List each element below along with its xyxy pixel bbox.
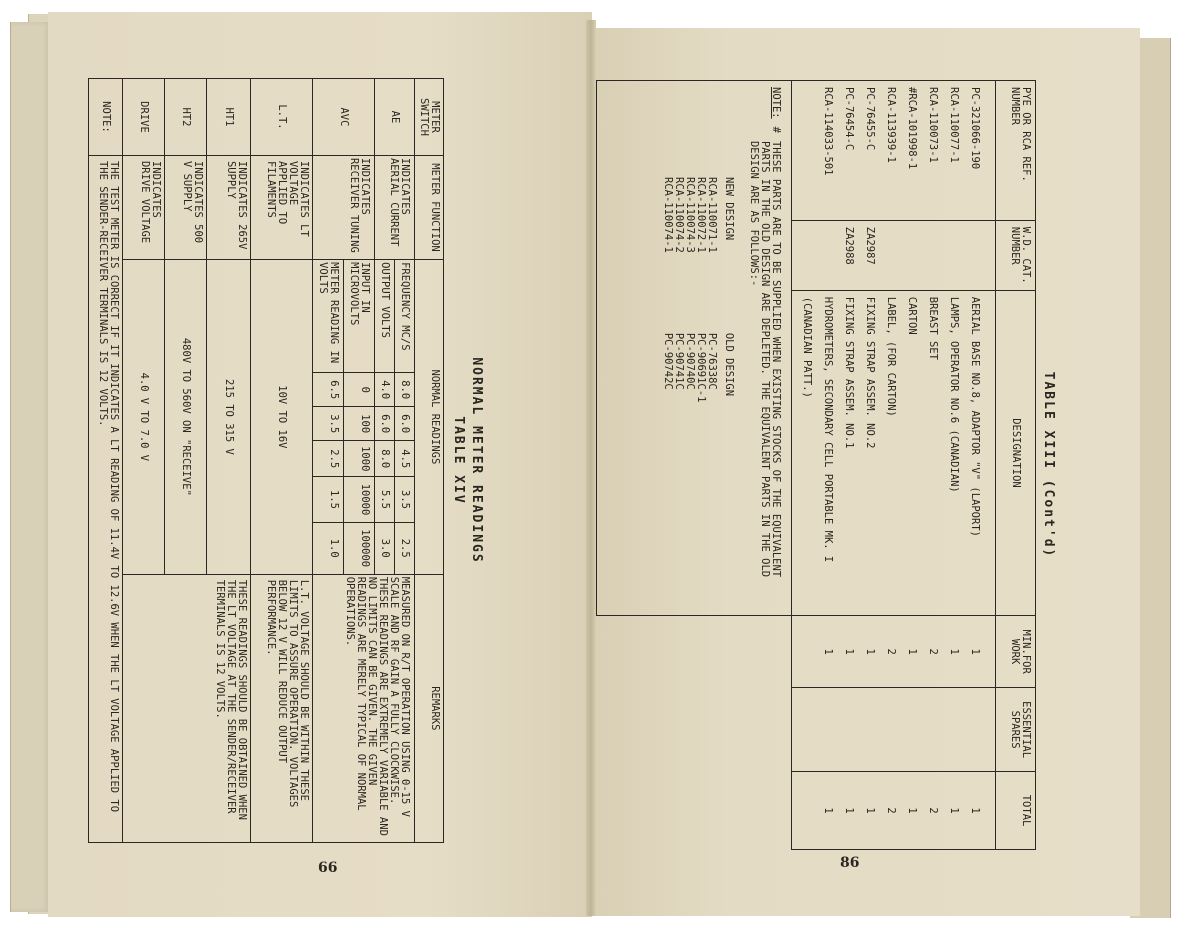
function-lt: INDICATES LT VOLTAGE APPLIED TO FILAMENT…	[251, 155, 313, 259]
open-book: NORMAL METER READINGS TABLE XIV METER SW…	[0, 0, 1180, 932]
total-qty: 1	[838, 778, 859, 843]
header-min-work: MIN.FOR WORK	[996, 616, 1036, 688]
meter-value: 1.5	[313, 477, 344, 522]
switch-ht2: HT2	[165, 79, 207, 156]
meter-value: 1.0	[313, 522, 344, 574]
normal-meter-readings-table-page: NORMAL METER READINGS TABLE XIV METER SW…	[102, 78, 502, 843]
input-value: 0	[344, 373, 375, 407]
table-xiii-page: TABLE XIII (Cont'd) PYE OR RCA REF. NUMB…	[638, 80, 1058, 850]
remarks-avc: MEASURED ON R/T OPERATION USING 0-15 V S…	[313, 574, 415, 842]
total-qty: 2	[922, 778, 943, 843]
header-row: PYE OR RCA REF. NUMBER W.D. CAT. NUMBER …	[996, 81, 1036, 850]
ref-number: PC-76455-C	[859, 87, 880, 214]
meter-value: 2.5	[313, 441, 344, 477]
note-label: NOTE:	[748, 87, 781, 119]
designation: AERIAL BASE NO.8, ADAPTOR "V" (LAPORT)	[964, 297, 985, 609]
output-value: 4.0	[375, 373, 395, 407]
header-meter-switch: METER SWITCH	[415, 79, 444, 156]
cat-number: ZA2987	[859, 227, 880, 284]
output-value: 8.0	[375, 441, 395, 477]
remarks-lt: L.T. VOLTAGE SHOULD BE WITHIN THESE LIMI…	[251, 574, 313, 842]
cat-column: ZA2987 ZA2988	[792, 220, 996, 290]
output-value: 6.0	[375, 407, 395, 441]
table-row-note: NOTE: THE TEST METER IS CORRECT IF IT IN…	[89, 79, 123, 843]
total-qty: 2	[880, 778, 901, 843]
total-column: 1 1 2 1 2 1 1 1	[792, 772, 996, 850]
reading-lt: 10V TO 16V	[251, 260, 313, 575]
switch-avc: AVC	[313, 79, 375, 156]
min-work-qty: 1	[964, 622, 985, 681]
input-value: 100000	[344, 522, 375, 574]
ref-number: RCA-110077-1	[943, 87, 964, 214]
essential-spares-column	[792, 688, 996, 772]
total-qty: 1	[901, 778, 922, 843]
label-frequency: FREQUENCY MC/S	[395, 260, 415, 373]
header-row: METER SWITCH METER FUNCTION NORMAL READI…	[415, 79, 444, 843]
designation: LABEL, (FOR CARTON)	[880, 297, 901, 609]
new-design-part: RCA-110074-3	[684, 177, 695, 253]
freq-value: 3.5	[395, 477, 415, 522]
ref-number: PC-76454-C	[838, 87, 859, 214]
reading-ht1: 215 TO 315 V	[207, 260, 251, 575]
new-design-label: NEW DESIGN	[723, 177, 734, 253]
table-number: TABLE XIV	[451, 78, 466, 843]
remarks-ht: THESE READINGS SHOULD BE OBTAINED WHEN T…	[123, 574, 251, 842]
new-design-part: RCA-110071-1	[706, 177, 717, 253]
min-work-qty: 1	[817, 622, 838, 681]
old-design-part: PC-90740C	[684, 333, 695, 403]
old-design-list: OLD DESIGN PC-76338C PC-90691C-1 PC-9074…	[662, 333, 734, 403]
meter-value: 6.5	[313, 373, 344, 407]
note-cell: NOTE: # THESE PARTS ARE TO BE SUPPLIED W…	[597, 81, 792, 616]
header-normal-readings: NORMAL READINGS	[415, 260, 444, 575]
page-stack-left-inner	[10, 22, 51, 912]
table-row-ht1: HT1 INDICATES 265V SUPPLY 215 TO 315 V T…	[207, 79, 251, 843]
switch-ht1: HT1	[207, 79, 251, 156]
table-title: TABLE XIII (Cont'd)	[1041, 80, 1056, 850]
total-qty: 1	[859, 778, 880, 843]
function-ht1: INDICATES 265V SUPPLY	[207, 155, 251, 259]
table-row-ae-frequency: AE INDICATES AERIAL CURRENT FREQUENCY MC…	[395, 79, 415, 843]
min-work-qty: 1	[901, 622, 922, 681]
switch-drive: DRIVE	[123, 79, 165, 156]
header-essential-spares: ESSENTIAL SPARES	[996, 688, 1036, 772]
freq-value: 4.5	[395, 441, 415, 477]
label-output-volts: OUTPUT VOLTS	[375, 260, 395, 373]
new-design-list: NEW DESIGN RCA-110071-1 RCA-110072-1 RCA…	[662, 177, 734, 253]
note-row: NOTE: # THESE PARTS ARE TO BE SUPPLIED W…	[597, 81, 792, 850]
ref-number: RCA-110073-1	[922, 87, 943, 214]
ref-number: RCA-113939-1	[880, 87, 901, 214]
old-design-part: PC-90741C	[673, 333, 684, 403]
page-number-right: 86	[840, 855, 859, 871]
function-drive: INDICATES DRIVE VOLTAGE	[123, 155, 165, 259]
ref-number: PC-321066-190	[964, 87, 985, 214]
min-work-qty: 2	[880, 622, 901, 681]
old-design-label: OLD DESIGN	[723, 333, 734, 403]
min-work-column: 1 1 2 1 2 1 1 1	[792, 616, 996, 688]
meter-value: 3.5	[313, 407, 344, 441]
header-ref-number: PYE OR RCA REF. NUMBER	[996, 81, 1036, 221]
note-label: NOTE:	[89, 79, 123, 156]
new-design-part: RCA-110074-1	[662, 177, 673, 253]
designation-column: AERIAL BASE NO.8, ADAPTOR "V" (LAPORT) L…	[792, 290, 996, 615]
note-text: THESE PARTS ARE TO BE SUPPLIED WHEN EXIS…	[748, 141, 781, 609]
designation: LAMPS, OPERATOR NO.6 (CANADIAN)	[943, 297, 964, 609]
total-qty: 1	[964, 778, 985, 843]
table-body: PC-321066-190 RCA-110077-1 RCA-110073-1 …	[792, 81, 996, 850]
designation: CARTON	[901, 297, 922, 609]
reading-drive: 4.0 V TO 7.0 V	[123, 260, 165, 575]
total-qty: 1	[943, 778, 964, 843]
old-design-part: PC-90691C-1	[695, 333, 706, 403]
designation: HYDROMETERS, SECONDARY CELL PORTABLE MK.…	[796, 297, 838, 609]
ref-column: PC-321066-190 RCA-110077-1 RCA-110073-1 …	[792, 81, 996, 221]
input-value: 100	[344, 407, 375, 441]
output-value: 5.5	[375, 477, 395, 522]
min-work-qty: 2	[922, 622, 943, 681]
function-ht2: INDICATES 500 V SUPPLY	[165, 155, 207, 259]
ref-number: #RCA-101998-1	[901, 87, 922, 214]
label-input-microvolts: INPUT IN MICROVOLTS	[344, 260, 375, 373]
new-design-part: RCA-110074-2	[673, 177, 684, 253]
header-designation: DESIGNATION	[996, 290, 1036, 615]
freq-value: 2.5	[395, 522, 415, 574]
reading-ht2: 480V TO 560V ON "RECEIVE"	[165, 260, 207, 575]
header-meter-function: METER FUNCTION	[415, 155, 444, 259]
note-spacer	[597, 616, 792, 850]
note-text: THE TEST METER IS CORRECT IF IT INDICATE…	[89, 155, 123, 842]
freq-value: 8.0	[395, 373, 415, 407]
total-qty: 1	[817, 778, 838, 843]
input-value: 10000	[344, 477, 375, 522]
book-gutter	[586, 20, 596, 916]
switch-lt: L.T.	[251, 79, 313, 156]
function-avc: INDICATES RECEIVER TUNING	[313, 155, 375, 259]
min-work-qty: 1	[859, 622, 880, 681]
old-design-part: PC-90742C	[662, 333, 673, 403]
cat-number: ZA2988	[838, 227, 859, 284]
function-ae: INDICATES AERIAL CURRENT	[375, 155, 415, 259]
old-design-part: PC-76338C	[706, 333, 717, 403]
page-number-left: 66	[318, 860, 337, 876]
meter-readings-table: METER SWITCH METER FUNCTION NORMAL READI…	[88, 78, 444, 843]
ref-number: RCA-114033-501	[817, 87, 838, 214]
designation: FIXING STRAP ASSEM. NO.1	[838, 297, 859, 609]
switch-ae: AE	[375, 79, 415, 156]
note-hash-mark: #	[748, 127, 781, 133]
header-total: TOTAL	[996, 772, 1036, 850]
new-design-part: RCA-110072-1	[695, 177, 706, 253]
input-value: 1000	[344, 441, 375, 477]
label-meter-reading: METER READING IN VOLTS	[313, 260, 344, 373]
min-work-qty: 1	[838, 622, 859, 681]
designation: FIXING STRAP ASSEM. NO.2	[859, 297, 880, 609]
table-title: NORMAL METER READINGS	[469, 78, 484, 843]
min-work-qty: 1	[943, 622, 964, 681]
table-row-lt: L.T. INDICATES LT VOLTAGE APPLIED TO FIL…	[251, 79, 313, 843]
freq-value: 6.0	[395, 407, 415, 441]
parts-table: PYE OR RCA REF. NUMBER W.D. CAT. NUMBER …	[596, 80, 1036, 850]
designation: BREAST SET	[922, 297, 943, 609]
header-remarks: REMARKS	[415, 574, 444, 842]
output-value: 3.0	[375, 522, 395, 574]
header-cat-number: W.D. CAT. NUMBER	[996, 220, 1036, 290]
